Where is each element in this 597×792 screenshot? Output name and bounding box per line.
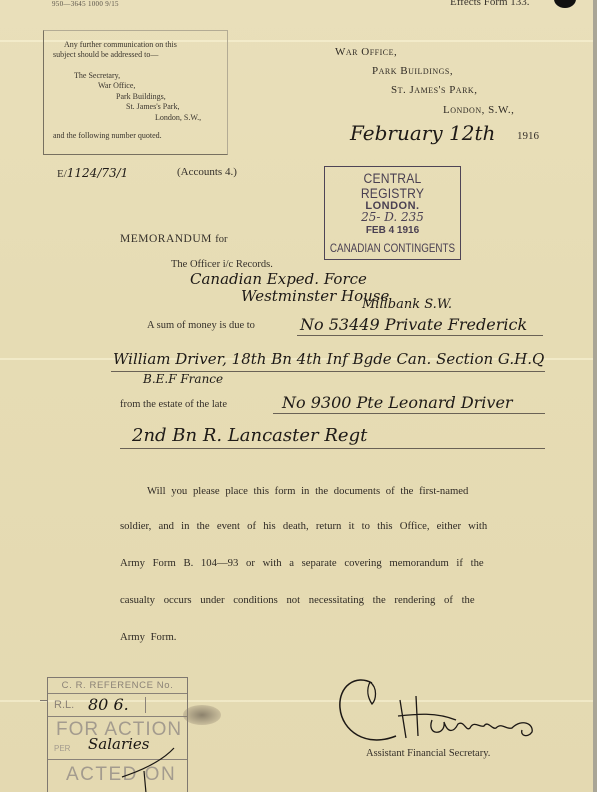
sender-line: Park Buildings, [372,65,453,77]
instruction-line: Will you please place this form in the d… [147,485,468,497]
address-box-line: Any further communication on this [64,40,177,51]
address-box-line: subject should be addressed to— [53,50,158,61]
officer-handwritten: Canadian Exped. Force [190,270,367,288]
reference-number: E/1124/73/1 [57,166,128,180]
addressee-line: St. James's Park, [126,102,179,113]
memorandum-heading: MEMORANDUM for [120,233,228,245]
form-id: Effects Form 133. [450,0,530,8]
stamp-date: FEB 4 1916 [325,225,460,236]
sender-line: War Office, [335,46,397,58]
instruction-line: casualty occurs under conditions not nec… [120,594,475,606]
reference-handwritten: 1124/73/1 [67,166,129,180]
due-to-handwritten: William Driver, 18th Bn 4th Inf Bgde Can… [113,350,544,368]
address-box: Any further communication on this subjec… [43,30,228,155]
signatory-title: Assistant Financial Secretary. [366,748,490,759]
estate-handwritten: No 9300 Pte Leonard Driver [282,393,513,412]
stamp-mark [40,700,48,701]
cr-reference-stamp: C. R. REFERENCE No. R.L. 80 6. FOR ACTIO… [47,677,188,792]
addressee-line: Park Buildings, [116,92,166,103]
signature [336,676,546,746]
addressee-line: London, S.W., [155,113,201,124]
due-label: A sum of money is due to [147,320,255,331]
handwritten-stroke [48,678,187,792]
instruction-line: Army Form B. 104—93 or with a separate c… [120,557,484,569]
address-box-footer: and the following number quoted. [53,131,162,142]
estate-label: from the estate of the late [120,399,227,410]
memorandum-for: for [215,234,227,245]
stamp-title: CENTRAL REGISTRY [332,171,454,201]
fill-line [120,448,545,449]
estate-handwritten: 2nd Bn R. Lancaster Regt [132,425,367,446]
addressee-line: War Office, [98,81,135,92]
sender-line: St. James's Park, [391,84,477,96]
due-to-handwritten: No 53449 Private Frederick [300,315,527,334]
fill-line [297,335,543,336]
due-to-handwritten: B.E.F France [143,372,223,386]
date-handwritten: February 12th [350,121,495,145]
fill-line [273,413,545,414]
ink-smudge [183,705,221,725]
central-registry-stamp: CENTRAL REGISTRY LONDON. 25- D. 235 FEB … [324,166,461,260]
department: (Accounts 4.) [177,166,237,178]
memorandum-title: MEMORANDUM [120,233,212,245]
reference-prefix: E/ [57,168,67,180]
officer-label: The Officer i/c Records. [171,259,273,270]
officer-handwritten: Millbank S.W. [362,297,452,312]
page-edge [593,0,597,792]
date-year: 1916 [517,130,539,142]
instruction-line: Army Form. [120,631,176,643]
stamp-footer: CANADIAN CONTINGENTS [329,241,456,255]
addressee-line: The Secretary, [74,71,120,82]
stamp-handwritten-number: 25- D. 235 [325,210,460,224]
instruction-line: soldier, and in the event of his death, … [120,520,487,532]
sender-line: London, S.W., [443,104,514,116]
print-code: 950—3645 1000 9/15 [52,0,119,8]
